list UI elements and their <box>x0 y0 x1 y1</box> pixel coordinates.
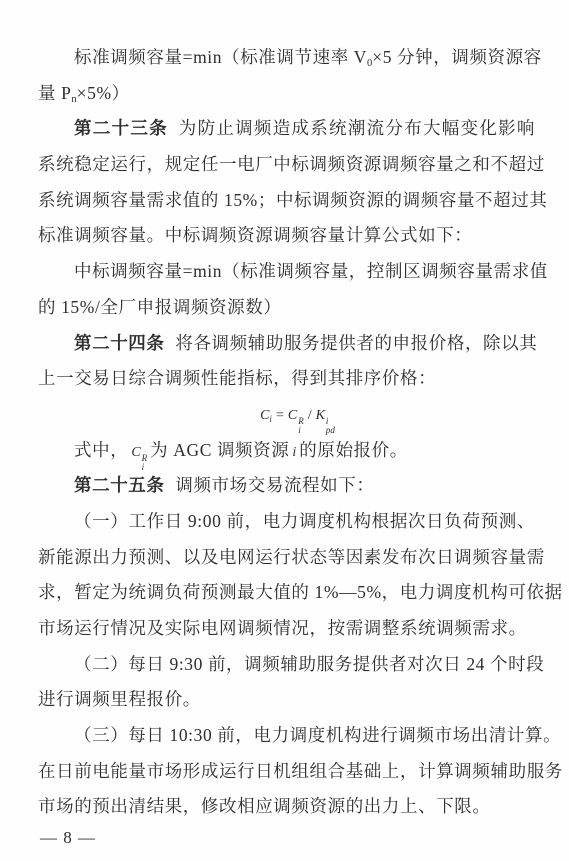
line-text: 中标调频容量=min（标准调频容量，控制区调频容量需求值 <box>74 261 548 281</box>
line-text: ×5%） <box>77 83 130 103</box>
formula-numerator: C <box>288 408 297 423</box>
line-text: （一）工作日 9:00 前，电力调度机构根据次日负荷预测、 <box>74 511 535 531</box>
math-variable-i: i <box>292 445 296 460</box>
body-line: 市场运行情况及实际电网调频情况，按需调整系统调频需求。 <box>38 611 535 647</box>
formula-equation: Ci=CRi/Kipd <box>38 397 535 433</box>
body-line: 第二十三条为防止调频造成系统潮流分布大幅变化影响 <box>38 111 535 147</box>
body-line: （三）每日 10:30 前，电力调度机构进行调频市场出清计算。 <box>38 718 535 754</box>
body-line: （一）工作日 9:00 前，电力调度机构根据次日负荷预测、 <box>38 504 535 540</box>
body-line: 新能源出力预测、以及电网运行状态等因素发布次日调频容量需 <box>38 540 535 576</box>
line-text: 为 AGC 调频资源 <box>150 440 289 460</box>
formula-denominator: K <box>316 408 325 423</box>
page-number: — 8 — <box>40 828 96 848</box>
line-text: 式中， <box>74 440 128 460</box>
body-line: 第二十五条调频市场交易流程如下： <box>38 468 535 504</box>
body-line: 在日前电能量市场形成运行日机组组合基础上，计算调频辅助服务 <box>38 754 535 790</box>
line-text: 系统稳定运行，规定任一电厂中标调频资源调频容量之和不超过 <box>38 154 545 174</box>
body-line: 市场的预出清结果，修改相应调频资源的出力上、下限。 <box>38 789 535 825</box>
body-line: 量 Pn×5%） <box>38 76 535 112</box>
equals-sign: = <box>276 408 284 423</box>
body-line: 第二十四条将各调频辅助服务提供者的申报价格，除以其 <box>38 326 535 362</box>
article-24-heading: 第二十四条 <box>74 333 165 353</box>
body-line: （二）每日 9:30 前，调频辅助服务提供者对次日 24 个时段 <box>38 647 535 683</box>
body-line: 进行调频里程报价。 <box>38 682 535 718</box>
inline-math: CRi <box>131 445 147 460</box>
body-line: 标准调频容量。中标调频资源调频容量计算公式如下： <box>38 218 535 254</box>
line-text: 为防止调频造成系统潮流分布大幅变化影响 <box>179 118 535 138</box>
body-line: 系统调频容量需求值的 15%；中标调频资源的调频容量不超过其 <box>38 183 535 219</box>
line-text: 将各调频辅助服务提供者的申报价格，除以其 <box>175 333 537 353</box>
line-text: ×5 分钟，调频资源容 <box>372 47 542 67</box>
line-text: 市场的预出清结果，修改相应调频资源的出力上、下限。 <box>38 796 491 816</box>
line-text: 新能源出力预测、以及电网运行状态等因素发布次日调频容量需 <box>38 547 545 567</box>
document-page: 标准调频容量=min（标准调节速率 V0×5 分钟，调频资源容 量 Pn×5%）… <box>0 0 569 861</box>
article-25-heading: 第二十五条 <box>74 475 165 495</box>
text-block: 标准调频容量=min（标准调节速率 V0×5 分钟，调频资源容 量 Pn×5%）… <box>38 40 535 825</box>
body-line: 式中，CRi为 AGC 调频资源i的原始报价。 <box>38 433 535 469</box>
division-slash: / <box>308 408 312 423</box>
line-text: 量 P <box>38 83 71 103</box>
line-text: 求，暂定为统调负荷预测最大值的 1%—5%，电力调度机构可依据 <box>38 582 563 602</box>
line-text: 上一交易日综合调频性能指标，得到其排序价格： <box>38 368 436 388</box>
inline-math-base: C <box>131 445 140 460</box>
body-line: 标准调频容量=min（标准调节速率 V0×5 分钟，调频资源容 <box>38 40 535 76</box>
line-text: 市场运行情况及实际电网调频情况，按需调整系统调频需求。 <box>38 618 527 638</box>
line-text: （二）每日 9:30 前，调频辅助服务提供者对次日 24 个时段 <box>74 654 544 674</box>
math-expression: Ci=CRi/Kipd <box>260 408 335 423</box>
body-line: 中标调频容量=min（标准调频容量，控制区调频容量需求值 <box>38 254 535 290</box>
line-text: 的原始报价。 <box>299 440 408 460</box>
line-text: 进行调频里程报价。 <box>38 689 201 709</box>
line-text: 标准调频容量。中标调频资源调频容量计算公式如下： <box>38 225 472 245</box>
line-text: 的 15%/全厂申报调频资源数） <box>38 297 281 317</box>
body-line: 求，暂定为统调负荷预测最大值的 1%—5%，电力调度机构可依据 <box>38 575 535 611</box>
line-text: 标准调频容量=min（标准调节速率 V <box>74 47 367 67</box>
line-text: 调频市场交易流程如下： <box>175 475 374 495</box>
formula-lhs-subscript: i <box>269 414 272 424</box>
line-text: 系统调频容量需求值的 15%；中标调频资源的调频容量不超过其 <box>38 190 547 210</box>
article-23-heading: 第二十三条 <box>74 118 168 138</box>
body-line: 的 15%/全厂申报调频资源数） <box>38 290 535 326</box>
body-line: 上一交易日综合调频性能指标，得到其排序价格： <box>38 361 535 397</box>
body-line: 系统稳定运行，规定任一电厂中标调频资源调频容量之和不超过 <box>38 147 535 183</box>
line-text: （三）每日 10:30 前，电力调度机构进行调频市场出清计算。 <box>74 725 561 745</box>
line-text: 在日前电能量市场形成运行日机组组合基础上，计算调频辅助服务 <box>38 761 563 781</box>
